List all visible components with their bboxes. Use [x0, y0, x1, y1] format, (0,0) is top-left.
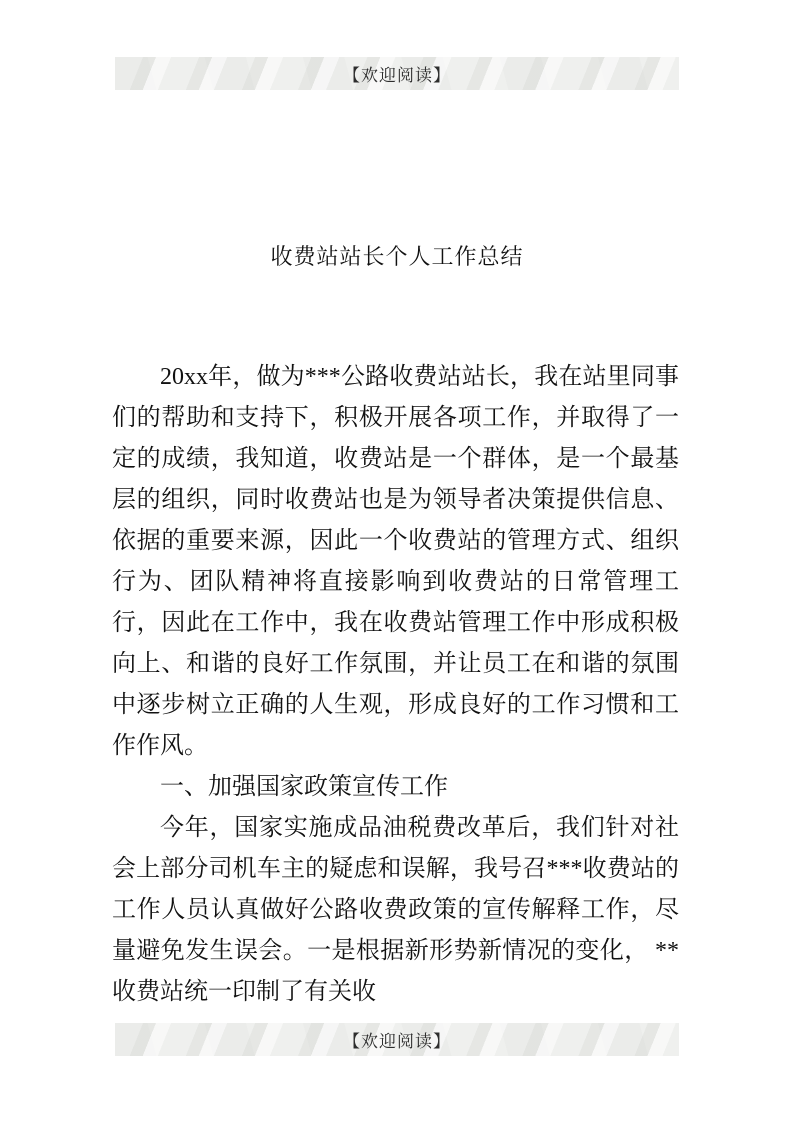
header-banner-label: 【欢迎阅读】	[343, 61, 451, 86]
section-heading-1: 一、加强国家政策宣传工作	[112, 767, 679, 808]
footer-banner: 【欢迎阅读】	[115, 1023, 679, 1056]
document-page: 【欢迎阅读】 收费站站长个人工作总结 20xx年，做为***公路收费站站长，我在…	[0, 0, 794, 1123]
page-title: 收费站站长个人工作总结	[115, 240, 679, 271]
footer-banner-label: 【欢迎阅读】	[343, 1027, 451, 1052]
body-paragraph-1: 20xx年，做为***公路收费站站长，我在站里同事们的帮助和支持下，积极开展各项…	[112, 357, 679, 767]
document-body: 20xx年，做为***公路收费站站长，我在站里同事们的帮助和支持下，积极开展各项…	[112, 357, 679, 1013]
header-banner: 【欢迎阅读】	[115, 57, 679, 90]
body-paragraph-2: 今年，国家实施成品油税费改革后，我们针对社会上部分司机车主的疑虑和误解，我号召*…	[112, 808, 679, 1013]
